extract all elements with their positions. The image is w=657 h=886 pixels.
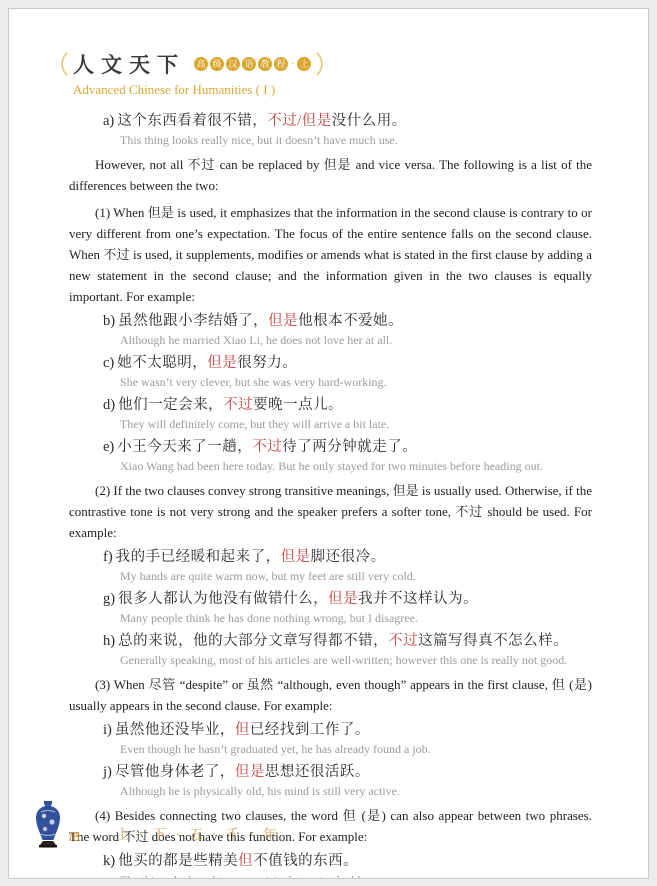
example-h: h)总的来说，他的大部分文章写得都不错，不过这篇写得真不怎么样。 General… — [103, 632, 592, 668]
example-d: d)他们一定会来，不过要晚一点儿。 They will definitely c… — [103, 396, 592, 432]
sentence-post: 这篇写得真不怎么样。 — [418, 633, 568, 649]
sentence-pre: 他们一定会来， — [118, 397, 223, 413]
sentence-pre: 总的来说，他的大部分文章写得都不错， — [118, 633, 388, 649]
example-i: i)虽然他还没毕业，但已经找到工作了。 Even though he hasn’… — [103, 721, 592, 757]
chinese-sentence: d)他们一定会来，不过要晚一点儿。 — [103, 396, 592, 415]
sentence-post: 我并不这样认为。 — [358, 591, 478, 607]
sentence-pre: 我的手已经暖和起来了， — [116, 549, 281, 565]
series-badge: 高 — [194, 57, 208, 71]
english-translation: They will definitely come, but they will… — [103, 417, 592, 432]
series-motto: 上 · 下 · 五 · 千 · 年 — [116, 823, 279, 843]
sentence-post: 他根本不爱她。 — [298, 313, 403, 329]
english-translation: Although he married Xiao Li, he does not… — [103, 333, 592, 348]
example-label: a) — [103, 113, 114, 129]
example-label: k) — [103, 853, 115, 869]
chinese-sentence: k)他买的都是些精美但不值钱的东西。 — [103, 852, 592, 871]
sentence-pre: 他买的都是些精美 — [118, 853, 238, 869]
textbook-page: 人文天下 高 级 汉 语 教 程 · 上 Advanced Chinese fo… — [8, 8, 649, 879]
highlight-word: 但是 — [207, 355, 237, 371]
highlight-word: 但是 — [268, 313, 298, 329]
example-b: b)虽然他跟小李结婚了，但是他根本不爱她。 Although he marrie… — [103, 312, 592, 348]
example-a: a)这个东西看着很不错，不过/但是没什么用。 This thing looks … — [103, 112, 592, 148]
sentence-pre: 尽管他身体老了， — [115, 764, 235, 780]
chinese-sentence: b)虽然他跟小李结婚了，但是他根本不爱她。 — [103, 312, 592, 331]
highlight-word: 但 — [238, 853, 253, 869]
sentence-post: 没什么用。 — [332, 113, 407, 129]
header-subtitle: Advanced Chinese for Humanities ( I ) — [73, 82, 648, 98]
example-label: f) — [103, 549, 113, 565]
sentence-post: 已经找到工作了。 — [250, 722, 370, 738]
example-label: c) — [103, 355, 114, 371]
chinese-sentence: f)我的手已经暖和起来了，但是脚还很冷。 — [103, 548, 592, 567]
sentence-pre: 她不太聪明， — [117, 355, 207, 371]
example-c: c)她不太聪明，但是很努力。 She wasn’t very clever, b… — [103, 354, 592, 390]
sentence-post: 要晚一点儿。 — [253, 397, 343, 413]
english-translation: The things he bought are exquisite but n… — [103, 873, 592, 879]
volume-badge: 上 — [297, 57, 311, 71]
paragraph-3: (3) When 尽管 “despite” or 虽然 “although, e… — [69, 674, 592, 716]
highlight-word: 但是 — [328, 591, 358, 607]
example-j: j)尽管他身体老了，但是思想还很活跃。 Although he is physi… — [103, 763, 592, 799]
english-translation: Although he is physically old, his mind … — [103, 784, 592, 799]
highlight-word: 但是 — [235, 764, 265, 780]
series-badges: 高 级 汉 语 教 程 · 上 — [194, 57, 311, 71]
example-label: h) — [103, 633, 115, 649]
example-label: j) — [103, 764, 112, 780]
sentence-pre: 虽然他还没毕业， — [115, 722, 235, 738]
sentence-pre: 虽然他跟小李结婚了， — [118, 313, 268, 329]
paragraph-intro: However, not all 不过 can be replaced by 但… — [69, 154, 592, 196]
example-g: g)很多人都认为他没有做错什么，但是我并不这样认为。 Many people t… — [103, 590, 592, 626]
sentence-post: 脚还很冷。 — [311, 549, 386, 565]
chinese-sentence: i)虽然他还没毕业，但已经找到工作了。 — [103, 721, 592, 740]
series-badge: 语 — [242, 57, 256, 71]
sentence-post: 很努力。 — [237, 355, 297, 371]
english-translation: She wasn’t very clever, but she was very… — [103, 375, 592, 390]
example-label: d) — [103, 397, 115, 413]
chinese-sentence: g)很多人都认为他没有做错什么，但是我并不这样认为。 — [103, 590, 592, 609]
english-translation: Many people think he has done nothing wr… — [103, 611, 592, 626]
highlight-word: 但是 — [281, 549, 311, 565]
brand-row: 人文天下 高 级 汉 语 教 程 · 上 — [59, 49, 648, 79]
example-f: f)我的手已经暖和起来了，但是脚还很冷。 My hands are quite … — [103, 548, 592, 584]
sentence-post: 思想还很活跃。 — [265, 764, 370, 780]
sentence-post: 不值钱的东西。 — [253, 853, 358, 869]
lesson-content: a)这个东西看着很不错，不过/但是没什么用。 This thing looks … — [9, 98, 648, 879]
english-translation: Generally speaking, most of his articles… — [103, 653, 592, 668]
page-number: /8 — [69, 829, 80, 844]
chinese-sentence: c)她不太聪明，但是很努力。 — [103, 354, 592, 373]
chinese-sentence: e)小王今天来了一趟，不过待了两分钟就走了。 — [103, 438, 592, 457]
example-e: e)小王今天来了一趟，不过待了两分钟就走了。 Xiao Wang had bee… — [103, 438, 592, 474]
highlight-word: 但 — [235, 722, 250, 738]
highlight-word: 不过 — [388, 633, 418, 649]
porcelain-vase-icon — [35, 800, 61, 850]
sentence-post: 待了两分钟就走了。 — [282, 439, 417, 455]
badge-separator: · — [291, 59, 294, 70]
chinese-sentence: a)这个东西看着很不错，不过/但是没什么用。 — [103, 112, 592, 131]
page-footer: /8 上 · 下 · 五 · 千 · 年 — [35, 800, 279, 850]
example-label: b) — [103, 313, 115, 329]
sentence-pre: 小王今天来了一趟， — [117, 439, 252, 455]
example-label: i) — [103, 722, 112, 738]
english-translation: Xiao Wang had been here today. But he on… — [103, 459, 592, 474]
highlight-word: 不过 — [252, 439, 282, 455]
english-translation: Even though he hasn’t graduated yet, he … — [103, 742, 592, 757]
series-badge: 教 — [258, 57, 272, 71]
series-badge: 级 — [210, 57, 224, 71]
series-badge: 程 — [274, 57, 288, 71]
book-header: 人文天下 高 级 汉 语 教 程 · 上 Advanced Chinese fo… — [9, 9, 648, 98]
sentence-pre: 这个东西看着很不错， — [117, 113, 267, 129]
example-label: g) — [103, 591, 115, 607]
ornament-right-icon — [316, 52, 325, 76]
highlight-word: 不过 — [223, 397, 253, 413]
sentence-pre: 很多人都认为他没有做错什么， — [118, 591, 328, 607]
example-k: k)他买的都是些精美但不值钱的东西。 The things he bought … — [103, 852, 592, 879]
example-label: e) — [103, 439, 114, 455]
ornament-left-icon — [59, 52, 68, 76]
paragraph-2: (2) If the two clauses convey strong tra… — [69, 480, 592, 543]
chinese-sentence: h)总的来说，他的大部分文章写得都不错，不过这篇写得真不怎么样。 — [103, 632, 592, 651]
paragraph-1: (1) When 但是 is used, it emphasizes that … — [69, 202, 592, 307]
english-translation: My hands are quite warm now, but my feet… — [103, 569, 592, 584]
highlight-word: 不过/但是 — [267, 113, 332, 129]
chinese-sentence: j)尽管他身体老了，但是思想还很活跃。 — [103, 763, 592, 782]
brand-title: 人文天下 — [73, 49, 185, 79]
series-badge: 汉 — [226, 57, 240, 71]
english-translation: This thing looks really nice, but it doe… — [103, 133, 592, 148]
